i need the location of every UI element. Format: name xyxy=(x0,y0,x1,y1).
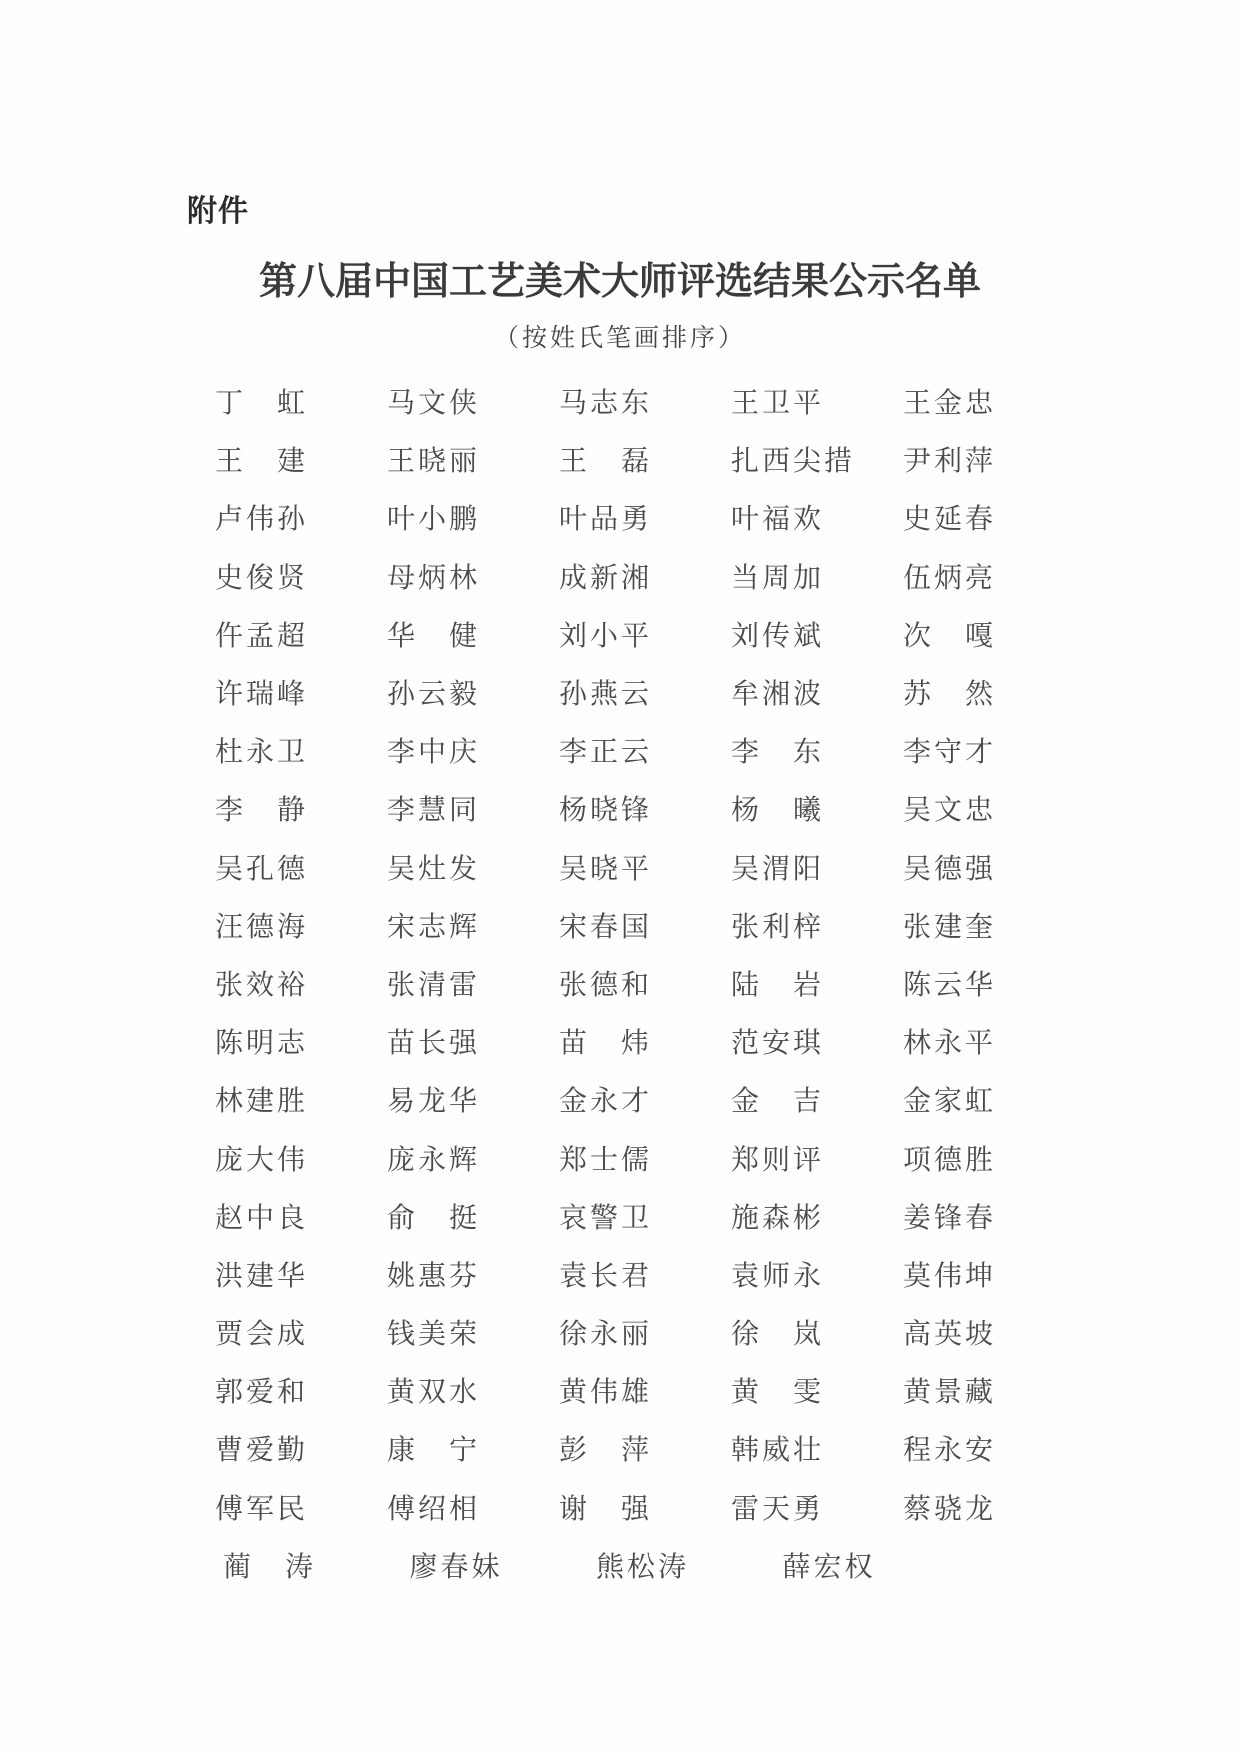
name-entry: 庞大伟 xyxy=(215,1138,387,1178)
name-entry: 李守才 xyxy=(903,730,1075,770)
name-entry: 俞 挺 xyxy=(387,1196,559,1236)
name-row: 仵孟超华 健刘小平刘传斌次 嘎 xyxy=(215,605,1075,663)
name-entry: 王 建 xyxy=(215,439,387,479)
name-entry: 许瑞峰 xyxy=(215,672,387,712)
name-entry: 袁长君 xyxy=(559,1254,731,1294)
name-entry: 叶小鹏 xyxy=(387,497,559,537)
name-list: 丁 虹马文侠马志东王卫平王金忠王 建王晓丽王 磊扎西尖措尹利萍卢伟孙叶小鹏叶品勇… xyxy=(215,372,1075,1594)
name-entry: 金永才 xyxy=(559,1079,731,1119)
name-entry: 姜锋春 xyxy=(903,1196,1075,1236)
name-entry: 苗长强 xyxy=(387,1021,559,1061)
name-entry: 扎西尖措 xyxy=(731,439,903,479)
name-row: 郭爱和黄双水黄伟雄黄 雯黄景藏 xyxy=(215,1361,1075,1419)
name-entry: 蔡骁龙 xyxy=(903,1487,1075,1527)
name-entry: 莫伟坤 xyxy=(903,1254,1075,1294)
name-entry: 杜永卫 xyxy=(215,730,387,770)
name-entry: 王卫平 xyxy=(731,381,903,421)
name-entry: 仵孟超 xyxy=(215,614,387,654)
name-entry: 高英坡 xyxy=(903,1312,1075,1352)
name-entry: 王金忠 xyxy=(903,381,1075,421)
name-entry: 钱美荣 xyxy=(387,1312,559,1352)
name-entry: 李慧同 xyxy=(387,788,559,828)
name-entry: 易龙华 xyxy=(387,1079,559,1119)
name-row: 王 建王晓丽王 磊扎西尖措尹利萍 xyxy=(215,430,1075,488)
name-entry: 袁师永 xyxy=(731,1254,903,1294)
name-entry: 熊松涛 xyxy=(588,1545,775,1585)
name-row: 洪建华姚惠芬袁长君袁师永莫伟坤 xyxy=(215,1245,1075,1303)
name-entry: 吴晓平 xyxy=(559,847,731,887)
document-page: 附件 第八届中国工艺美术大师评选结果公示名单 （按姓氏笔画排序） 丁 虹马文侠马… xyxy=(0,0,1240,1752)
name-entry: 哀警卫 xyxy=(559,1196,731,1236)
name-row: 杜永卫李中庆李正云李 东李守才 xyxy=(215,721,1075,779)
name-entry: 傅军民 xyxy=(215,1487,387,1527)
name-row: 曹爱勤康 宁彭 萍韩威壮程永安 xyxy=(215,1419,1075,1477)
name-entry: 郭爱和 xyxy=(215,1370,387,1410)
name-entry: 华 健 xyxy=(387,614,559,654)
name-entry: 范安琪 xyxy=(731,1021,903,1061)
name-entry: 汪德海 xyxy=(215,905,387,945)
name-entry: 宋春国 xyxy=(559,905,731,945)
name-entry: 韩威壮 xyxy=(731,1428,903,1468)
name-entry: 吴孔德 xyxy=(215,847,387,887)
name-entry: 李 静 xyxy=(215,788,387,828)
name-entry: 雷天勇 xyxy=(731,1487,903,1527)
name-entry: 母炳林 xyxy=(387,556,559,596)
name-entry: 吴渭阳 xyxy=(731,847,903,887)
name-entry: 王晓丽 xyxy=(387,439,559,479)
name-entry: 廖春妹 xyxy=(402,1545,589,1585)
name-entry: 伍炳亮 xyxy=(903,556,1075,596)
name-entry: 吴德强 xyxy=(903,847,1075,887)
name-row: 陈明志苗长强苗 炜范安琪林永平 xyxy=(215,1012,1075,1070)
name-entry: 林建胜 xyxy=(215,1079,387,1119)
name-entry: 徐永丽 xyxy=(559,1312,731,1352)
name-entry: 黄 雯 xyxy=(731,1370,903,1410)
name-entry: 金 吉 xyxy=(731,1079,903,1119)
name-entry: 杨 曦 xyxy=(731,788,903,828)
name-entry: 宋志辉 xyxy=(387,905,559,945)
attachment-label: 附件 xyxy=(187,186,249,230)
page-subtitle: （按姓氏笔画排序） xyxy=(0,318,1240,354)
name-entry: 尹利萍 xyxy=(903,439,1075,479)
name-entry: 陈明志 xyxy=(215,1021,387,1061)
name-entry: 叶福欢 xyxy=(731,497,903,537)
name-entry: 黄双水 xyxy=(387,1370,559,1410)
name-entry: 王 磊 xyxy=(559,439,731,479)
name-entry: 林永平 xyxy=(903,1021,1075,1061)
name-row: 汪德海宋志辉宋春国张利梓张建奎 xyxy=(215,896,1075,954)
name-entry: 金家虹 xyxy=(903,1079,1075,1119)
name-row: 赵中良俞 挺哀警卫施森彬姜锋春 xyxy=(215,1187,1075,1245)
name-row: 吴孔德吴灶发吴晓平吴渭阳吴德强 xyxy=(215,838,1075,896)
name-entry: 吴灶发 xyxy=(387,847,559,887)
name-entry: 洪建华 xyxy=(215,1254,387,1294)
name-entry: 傅绍相 xyxy=(387,1487,559,1527)
name-entry: 丁 虹 xyxy=(215,381,387,421)
name-entry: 刘传斌 xyxy=(731,614,903,654)
name-row: 庞大伟庞永辉郑士儒郑则评项德胜 xyxy=(215,1128,1075,1186)
name-entry: 马志东 xyxy=(559,381,731,421)
name-entry: 彭 萍 xyxy=(559,1428,731,1468)
name-entry: 程永安 xyxy=(903,1428,1075,1468)
name-entry: 陆 岩 xyxy=(731,963,903,1003)
name-entry: 张效裕 xyxy=(215,963,387,1003)
name-entry: 李 东 xyxy=(731,730,903,770)
name-entry: 黄景藏 xyxy=(903,1370,1075,1410)
name-entry: 苗 炜 xyxy=(559,1021,731,1061)
name-entry: 薛宏权 xyxy=(775,1545,962,1585)
name-entry: 史延春 xyxy=(903,497,1075,537)
name-entry: 郑则评 xyxy=(731,1138,903,1178)
name-row: 卢伟孙叶小鹏叶品勇叶福欢史延春 xyxy=(215,488,1075,546)
name-row: 傅军民傅绍相谢 强雷天勇蔡骁龙 xyxy=(215,1478,1075,1536)
name-entry: 卢伟孙 xyxy=(215,497,387,537)
name-entry: 曹爱勤 xyxy=(215,1428,387,1468)
name-entry: 牟湘波 xyxy=(731,672,903,712)
name-entry: 张利梓 xyxy=(731,905,903,945)
name-row: 贾会成钱美荣徐永丽徐 岚高英坡 xyxy=(215,1303,1075,1361)
name-entry: 马文侠 xyxy=(387,381,559,421)
name-entry: 当周加 xyxy=(731,556,903,596)
name-entry: 姚惠芬 xyxy=(387,1254,559,1294)
name-row: 李 静李慧同杨晓锋杨 曦吴文忠 xyxy=(215,779,1075,837)
name-entry: 施森彬 xyxy=(731,1196,903,1236)
name-entry: 成新湘 xyxy=(559,556,731,596)
name-entry: 苏 然 xyxy=(903,672,1075,712)
name-entry: 张清雷 xyxy=(387,963,559,1003)
name-entry: 陈云华 xyxy=(903,963,1075,1003)
name-row: 林建胜易龙华金永才金 吉金家虹 xyxy=(215,1070,1075,1128)
name-entry: 史俊贤 xyxy=(215,556,387,596)
name-entry: 次 嘎 xyxy=(903,614,1075,654)
name-entry: 孙云毅 xyxy=(387,672,559,712)
name-entry: 贾会成 xyxy=(215,1312,387,1352)
name-entry: 项德胜 xyxy=(903,1138,1075,1178)
name-entry: 蔺 涛 xyxy=(215,1545,402,1585)
name-entry: 孙燕云 xyxy=(559,672,731,712)
name-entry: 张德和 xyxy=(559,963,731,1003)
name-entry: 李中庆 xyxy=(387,730,559,770)
name-entry: 康 宁 xyxy=(387,1428,559,1468)
name-entry: 郑士儒 xyxy=(559,1138,731,1178)
name-row: 张效裕张清雷张德和陆 岩陈云华 xyxy=(215,954,1075,1012)
name-entry: 叶品勇 xyxy=(559,497,731,537)
name-row: 许瑞峰孙云毅孙燕云牟湘波苏 然 xyxy=(215,663,1075,721)
name-row: 史俊贤母炳林成新湘当周加伍炳亮 xyxy=(215,547,1075,605)
name-entry: 刘小平 xyxy=(559,614,731,654)
name-row: 丁 虹马文侠马志东王卫平王金忠 xyxy=(215,372,1075,430)
page-title: 第八届中国工艺美术大师评选结果公示名单 xyxy=(0,250,1240,305)
name-entry: 庞永辉 xyxy=(387,1138,559,1178)
name-entry: 徐 岚 xyxy=(731,1312,903,1352)
name-entry: 张建奎 xyxy=(903,905,1075,945)
name-entry: 吴文忠 xyxy=(903,788,1075,828)
name-row: 蔺 涛廖春妹熊松涛薛宏权 xyxy=(215,1536,1075,1594)
name-entry: 黄伟雄 xyxy=(559,1370,731,1410)
name-entry: 李正云 xyxy=(559,730,731,770)
name-entry: 谢 强 xyxy=(559,1487,731,1527)
name-entry: 杨晓锋 xyxy=(559,788,731,828)
name-entry: 赵中良 xyxy=(215,1196,387,1236)
